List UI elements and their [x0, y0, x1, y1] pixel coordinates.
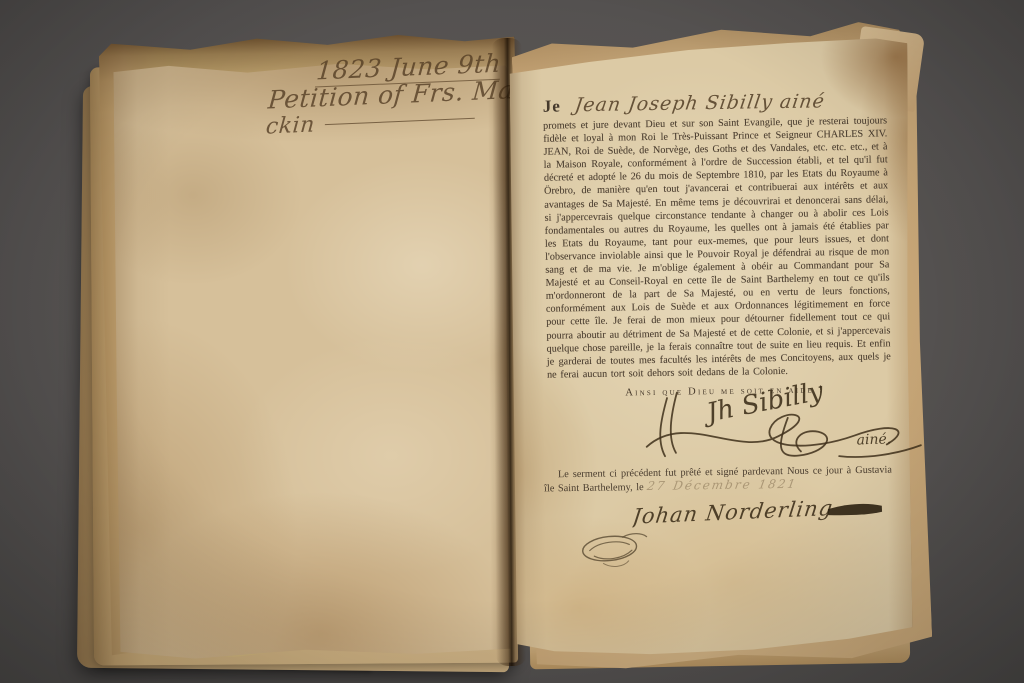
inscription-flourish-line: [325, 118, 475, 125]
signature-sibilly-suffix: ainé.: [856, 431, 891, 448]
signature-sibilly-flourish: Jh Sibilly ainé.: [626, 373, 941, 476]
clerk-paraph-mark: [576, 526, 654, 577]
signature-sibilly-name: Jh Sibilly: [699, 376, 826, 429]
signature-sibilly: Jh Sibilly ainé.: [626, 373, 941, 476]
inscription-continuation-text: ckin: [265, 112, 316, 139]
oath-body-text: promets et jure devant Dieu et sur son S…: [543, 114, 891, 381]
oath-opening-word: Je: [543, 96, 561, 115]
signature-norderling-dash: [828, 503, 882, 516]
left-page: [113, 63, 510, 659]
archival-photograph: 1823 June 9th Petition of Frs. Ma- ckin …: [0, 0, 1024, 683]
oath-opening-line: Je Jean Joseph Sibilly ainé: [543, 89, 887, 116]
open-book: 1823 June 9th Petition of Frs. Ma- ckin …: [0, 0, 1024, 683]
printed-oath: Je Jean Joseph Sibilly ainé promets et j…: [543, 89, 892, 399]
oath-name-handwritten: Jean Joseph Sibilly ainé: [573, 90, 826, 116]
signature-norderling-name: Johan Norderling: [631, 495, 835, 529]
